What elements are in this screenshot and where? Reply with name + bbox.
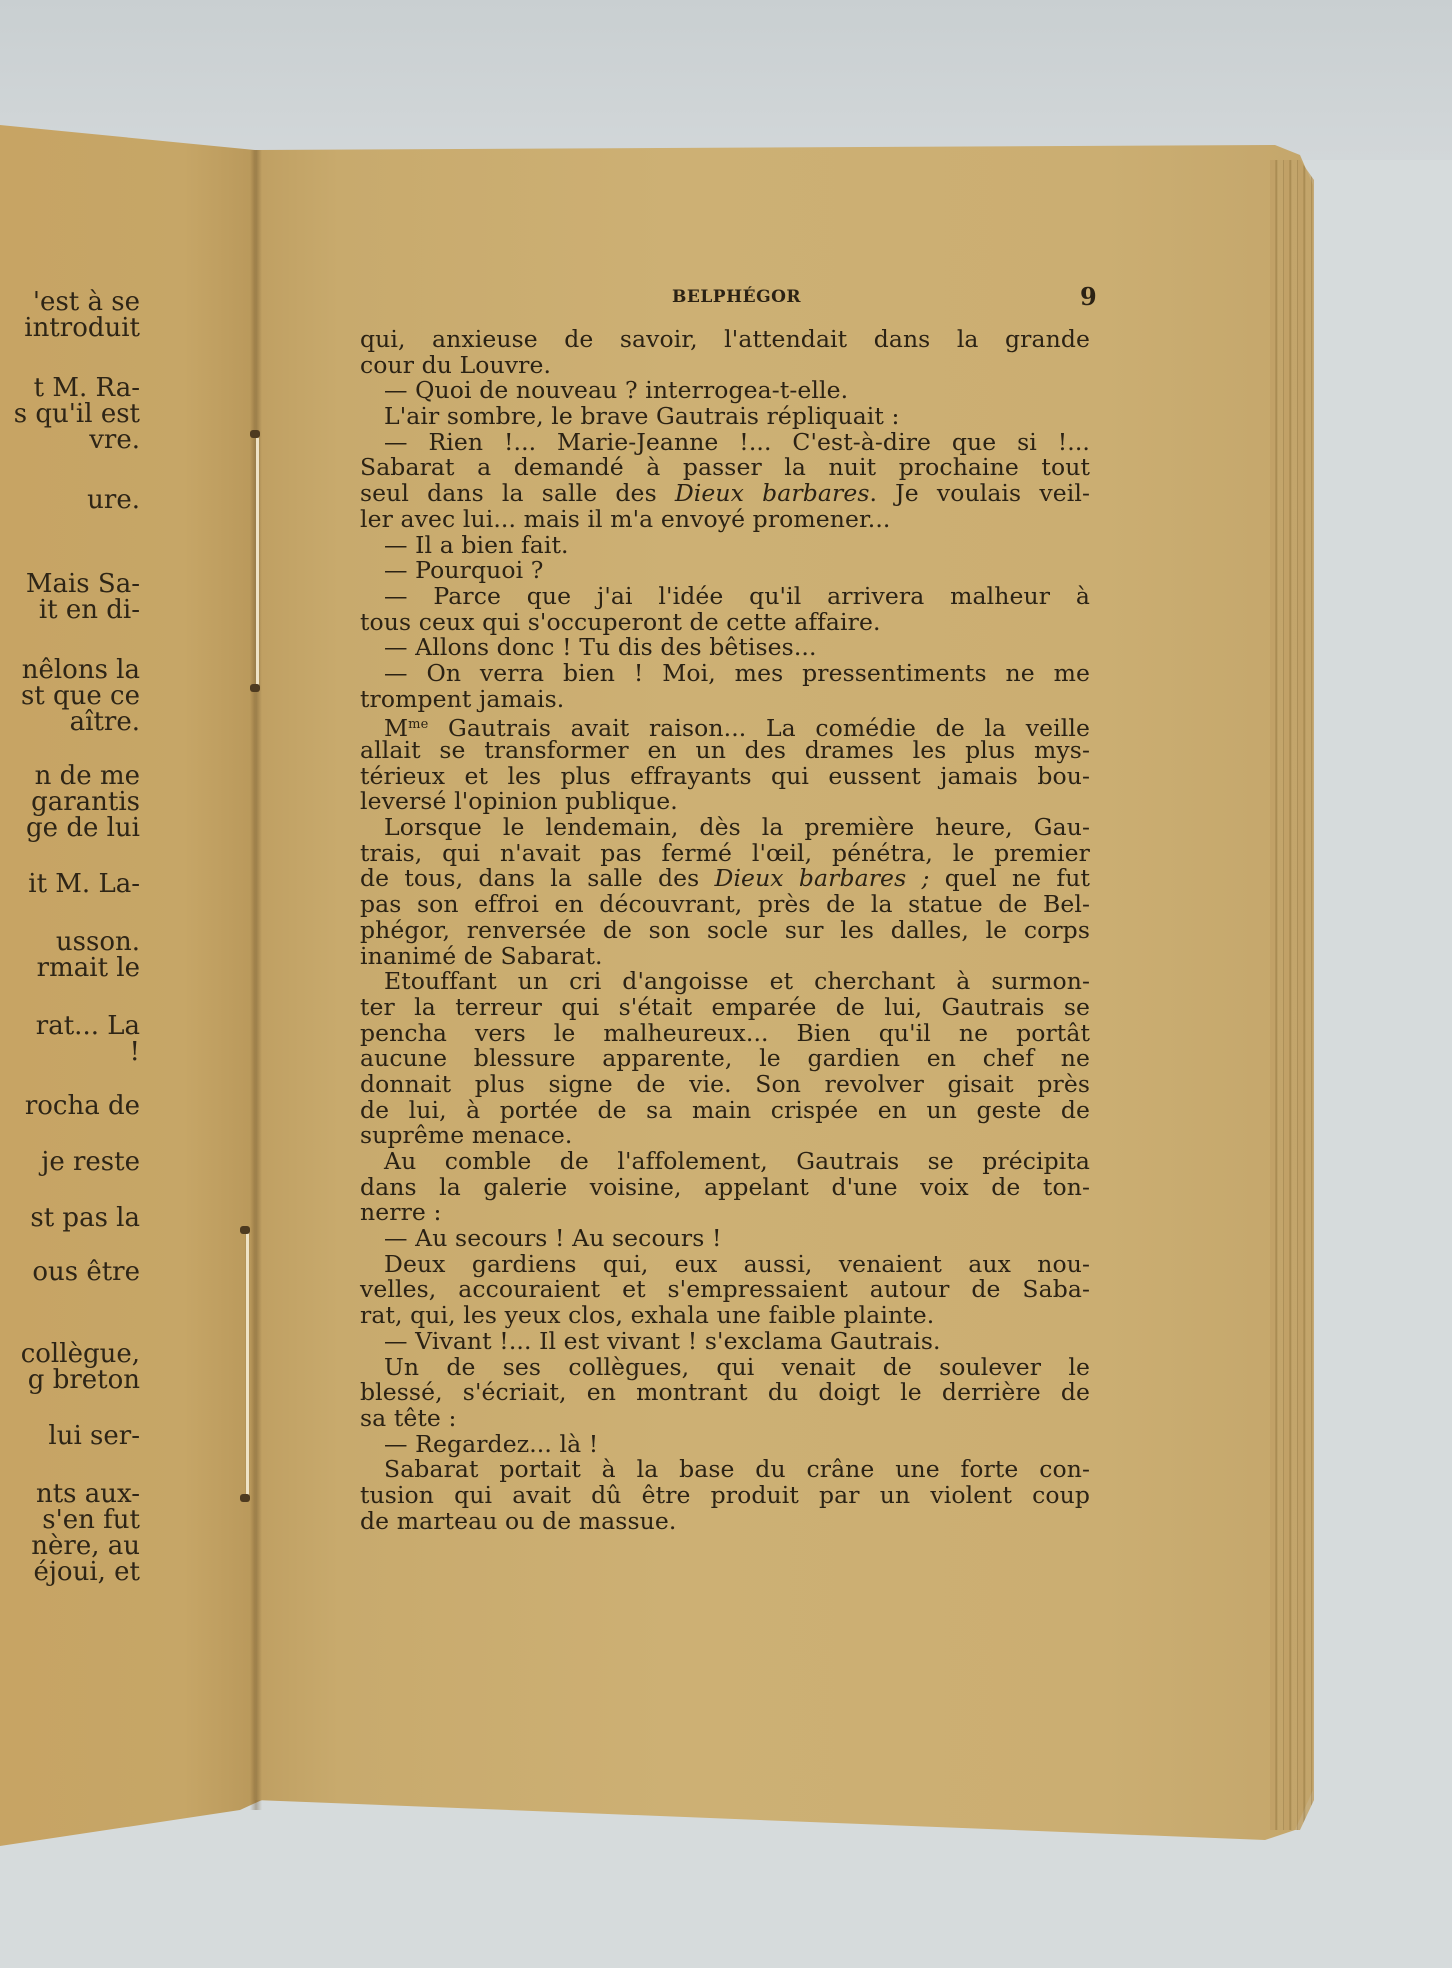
- text-line: Lorsque le lendemain, dès la première he…: [360, 815, 1090, 841]
- text-line: dans la galerie voisine, appelant d'une …: [360, 1175, 1090, 1201]
- left-page-line: aître.: [70, 710, 140, 736]
- left-page-line: ous être: [32, 1260, 140, 1286]
- left-page-line: rmait le: [37, 956, 140, 982]
- left-page-line: !: [130, 1040, 140, 1066]
- text-line: Deux gardiens qui, eux aussi, venaient a…: [360, 1252, 1090, 1278]
- left-page-line: s qu'il est: [14, 402, 140, 428]
- text-line: leversé l'opinion publique.: [360, 789, 1090, 815]
- text-line: nerre :: [360, 1200, 1090, 1226]
- text-line: — Vivant !... Il est vivant ! s'exclama …: [360, 1329, 1090, 1355]
- text-line: Un de ses collègues, qui venait de soule…: [360, 1355, 1090, 1381]
- text-line: velles, accouraient et s'empressaient au…: [360, 1277, 1090, 1303]
- text-line: — Au secours ! Au secours !: [360, 1226, 1090, 1252]
- text-line: L'air sombre, le brave Gautrais répliqua…: [360, 404, 1090, 430]
- text-line: qui, anxieuse de savoir, l'attendait dan…: [360, 327, 1090, 353]
- text-line: aucune blessure apparente, le gardien en…: [360, 1046, 1090, 1072]
- text-run: seul dans la salle des: [360, 479, 675, 507]
- left-page-line: nts aux-: [36, 1482, 140, 1508]
- left-page-line: collègue,: [21, 1342, 140, 1368]
- left-page-line: lui ser-: [48, 1424, 140, 1450]
- text-line: — Quoi de nouveau ? interrogea-t-elle.: [360, 378, 1090, 404]
- text-line: — Rien !... Marie-Jeanne !... C'est-à-di…: [360, 430, 1090, 456]
- left-page-line: nêlons la: [22, 658, 140, 684]
- text-line: térieux et les plus effrayants qui eusse…: [360, 764, 1090, 790]
- left-page-line: Mais Sa-: [26, 572, 140, 598]
- text-line: de lui, à portée de sa main crispée en u…: [360, 1098, 1090, 1124]
- binding-knot-icon: [240, 1494, 250, 1502]
- left-page-text: 'est à seintroduitt M. Ra-s qu'il estvre…: [0, 0, 140, 1700]
- left-page-line: je reste: [41, 1150, 140, 1176]
- text-line: allait se transformer en un des drames l…: [360, 738, 1090, 764]
- text-line: trompent jamais.: [360, 687, 1090, 713]
- book-gutter: [250, 150, 262, 1810]
- text-line: inanimé de Sabarat.: [360, 944, 1090, 970]
- left-page-line: s'en fut: [42, 1508, 140, 1534]
- left-page-line: st que ce: [21, 684, 140, 710]
- text-line: — Allons donc ! Tu dis des bêtises...: [360, 635, 1090, 661]
- left-page-line: rat... La: [36, 1014, 140, 1040]
- text-line: Sabarat a demandé à passer la nuit proch…: [360, 455, 1090, 481]
- left-page-line: introduit: [24, 316, 140, 342]
- left-page-line: ure.: [87, 488, 140, 514]
- text-line: — Pourquoi ?: [360, 558, 1090, 584]
- left-page-line: it M. La-: [28, 872, 140, 898]
- text-run: de tous, dans la salle des: [360, 864, 715, 892]
- left-page-line: éjoui, et: [33, 1560, 140, 1586]
- left-page-line: vre.: [89, 428, 140, 454]
- text-line: pas son effroi en découvrant, près de la…: [360, 892, 1090, 918]
- left-page-line: ge de lui: [26, 816, 140, 842]
- text-line: cour du Louvre.: [360, 353, 1090, 379]
- text-line: pencha vers le malheureux... Bien qu'il …: [360, 1021, 1090, 1047]
- text-line: de tous, dans la salle des Dieux barbare…: [360, 866, 1090, 892]
- text-line: ler avec lui... mais il m'a envoyé prome…: [360, 507, 1090, 533]
- left-page-line: st pas la: [30, 1206, 140, 1232]
- text-line: tusion qui avait dû être produit par un …: [360, 1483, 1090, 1509]
- page-body-text: qui, anxieuse de savoir, l'attendait dan…: [360, 327, 1090, 1534]
- superscript-abbrev: me: [408, 717, 428, 732]
- text-line: de marteau ou de massue.: [360, 1509, 1090, 1535]
- text-run: quel ne fut: [929, 864, 1090, 892]
- left-page-line: 'est à se: [33, 290, 140, 316]
- left-page-line: rocha de: [25, 1094, 140, 1120]
- left-page-line: it en di-: [39, 598, 140, 624]
- left-page-line: garantis: [31, 790, 140, 816]
- binding-knot-icon: [250, 684, 260, 692]
- text-line: trais, qui n'avait pas fermé l'œil, péné…: [360, 841, 1090, 867]
- text-line: phégor, renversée de son socle sur les d…: [360, 918, 1090, 944]
- text-line: Mme Gautrais avait raison... La comédie …: [360, 712, 1090, 738]
- text-line: blessé, s'écriait, en montrant du doigt …: [360, 1380, 1090, 1406]
- left-page-line: g breton: [28, 1368, 140, 1394]
- left-page-line: usson.: [56, 930, 140, 956]
- text-line: suprême menace.: [360, 1123, 1090, 1149]
- text-line: sa tête :: [360, 1406, 1090, 1432]
- table-background: [0, 0, 1452, 160]
- text-line: seul dans la salle des Dieux barbares. J…: [360, 481, 1090, 507]
- text-line: Au comble de l'affolement, Gautrais se p…: [360, 1149, 1090, 1175]
- italic-title: Dieux barbares ;: [715, 864, 930, 892]
- text-line: — Parce que j'ai l'idée qu'il arrivera m…: [360, 584, 1090, 610]
- text-line: Sabarat portait à la base du crâne une f…: [360, 1457, 1090, 1483]
- running-head: BELPHÉGOR: [672, 287, 801, 307]
- binding-thread-lower: [246, 1232, 249, 1498]
- text-line: donnait plus signe de vie. Son revolver …: [360, 1072, 1090, 1098]
- binding-knot-icon: [250, 430, 260, 438]
- binding-knot-icon: [240, 1226, 250, 1234]
- left-page-line: n de me: [35, 764, 140, 790]
- text-line: rat, qui, les yeux clos, exhala une faib…: [360, 1303, 1090, 1329]
- italic-title: Dieux barbares: [675, 479, 870, 507]
- left-page-line: nère, au: [31, 1534, 140, 1560]
- text-line: — On verra bien ! Moi, mes pressentiment…: [360, 661, 1090, 687]
- text-line: — Il a bien fait.: [360, 533, 1090, 559]
- text-line: ter la terreur qui s'était emparée de lu…: [360, 995, 1090, 1021]
- text-run: . Je voulais veil-: [869, 479, 1090, 507]
- page-stack-edge: [1270, 160, 1314, 1830]
- page-number: 9: [1080, 282, 1097, 311]
- left-page: 'est à seintroduitt M. Ra-s qu'il estvre…: [0, 0, 262, 1968]
- text-line: tous ceux qui s'occuperont de cette affa…: [360, 610, 1090, 636]
- text-line: — Regardez... là !: [360, 1432, 1090, 1458]
- left-page-line: t M. Ra-: [34, 376, 140, 402]
- text-line: Etouffant un cri d'angoisse et cherchant…: [360, 969, 1090, 995]
- binding-thread-upper: [256, 437, 259, 687]
